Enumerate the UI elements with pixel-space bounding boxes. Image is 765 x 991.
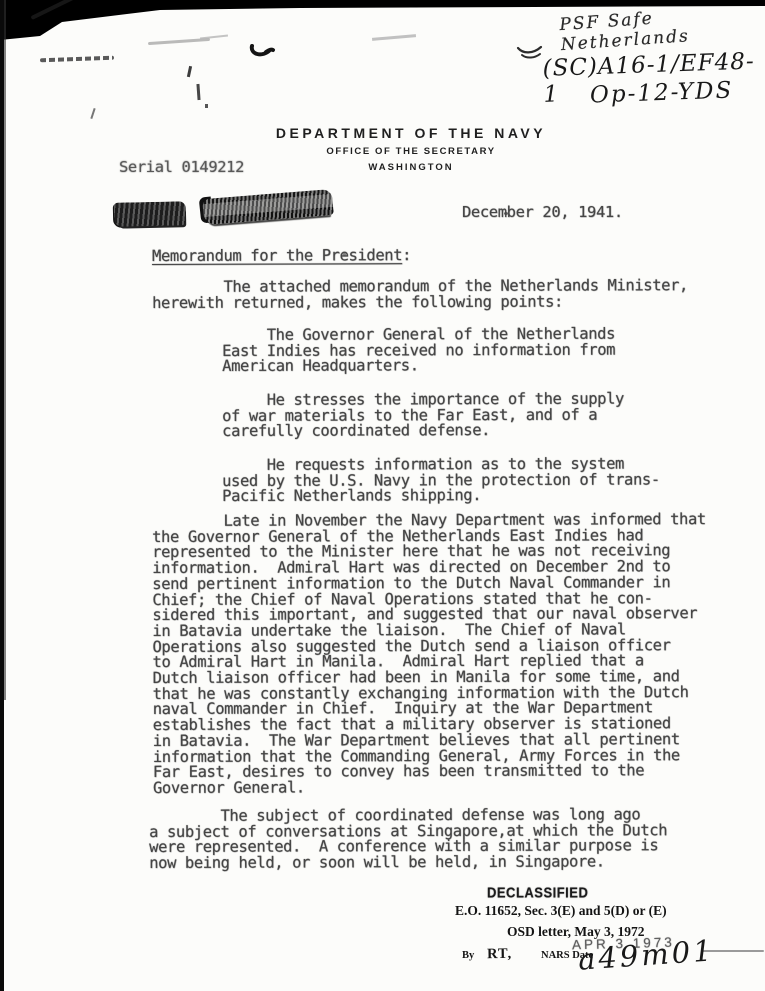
declassification-by-initials: RT, xyxy=(487,946,512,963)
handwritten-file-code-line2: Op-12-YDS xyxy=(590,78,734,109)
scanned-memo-page: PSF Safe Netherlands (SC)A16-1/EF48-1 Op… xyxy=(0,0,765,991)
memo-quote-3: He requests information as to the system… xyxy=(222,456,660,505)
ink-tick-mark xyxy=(187,66,192,77)
memo-paragraph-3: The subject of coordinated defense was l… xyxy=(149,807,667,872)
date-line: December 20, 1941. xyxy=(462,205,623,221)
ink-curl-mark xyxy=(248,38,278,62)
handwritten-psf-note: PSF Safe Netherlands xyxy=(559,1,765,55)
declassification-eo-line: E.O. 11652, Sec. 3(E) and 5(D) or (E) xyxy=(455,903,667,919)
ink-tick-mark xyxy=(90,108,95,119)
memo-salutation-text: Memorandum for the President xyxy=(152,246,402,265)
redaction-stamp-2 xyxy=(202,189,334,225)
letterhead-department: DEPARTMENT OF THE NAVY xyxy=(0,125,765,141)
ink-curl-mark xyxy=(515,42,545,62)
redaction-stamp-1 xyxy=(114,201,186,227)
declassification-by-label: By xyxy=(462,950,474,961)
smudge-mark xyxy=(372,34,416,40)
letterhead-office: OFFICE OF THE SECRETARY xyxy=(0,146,765,157)
ink-tick-mark xyxy=(196,84,200,100)
memo-quote-1: The Governor General of the Netherlands … xyxy=(222,327,615,375)
smudge-mark xyxy=(40,56,114,63)
ink-tick-mark xyxy=(205,104,208,108)
memo-quote-2: He stresses the importance of the supply… xyxy=(222,392,624,441)
smudge-mark xyxy=(200,35,228,40)
declassified-stamp: DECLASSIFIED xyxy=(487,884,588,901)
scan-edge-left-shadow xyxy=(4,0,6,700)
letterhead-city: WASHINGTON xyxy=(0,162,765,173)
memo-paragraph-1: The attached memorandum of the Netherlan… xyxy=(152,278,688,311)
serial-number: Serial 0149212 xyxy=(119,160,244,176)
memo-salutation-colon: : xyxy=(402,246,411,264)
memo-paragraph-2: Late in November the Navy Department was… xyxy=(152,512,707,797)
memo-salutation: Memorandum for the President: xyxy=(152,248,411,265)
